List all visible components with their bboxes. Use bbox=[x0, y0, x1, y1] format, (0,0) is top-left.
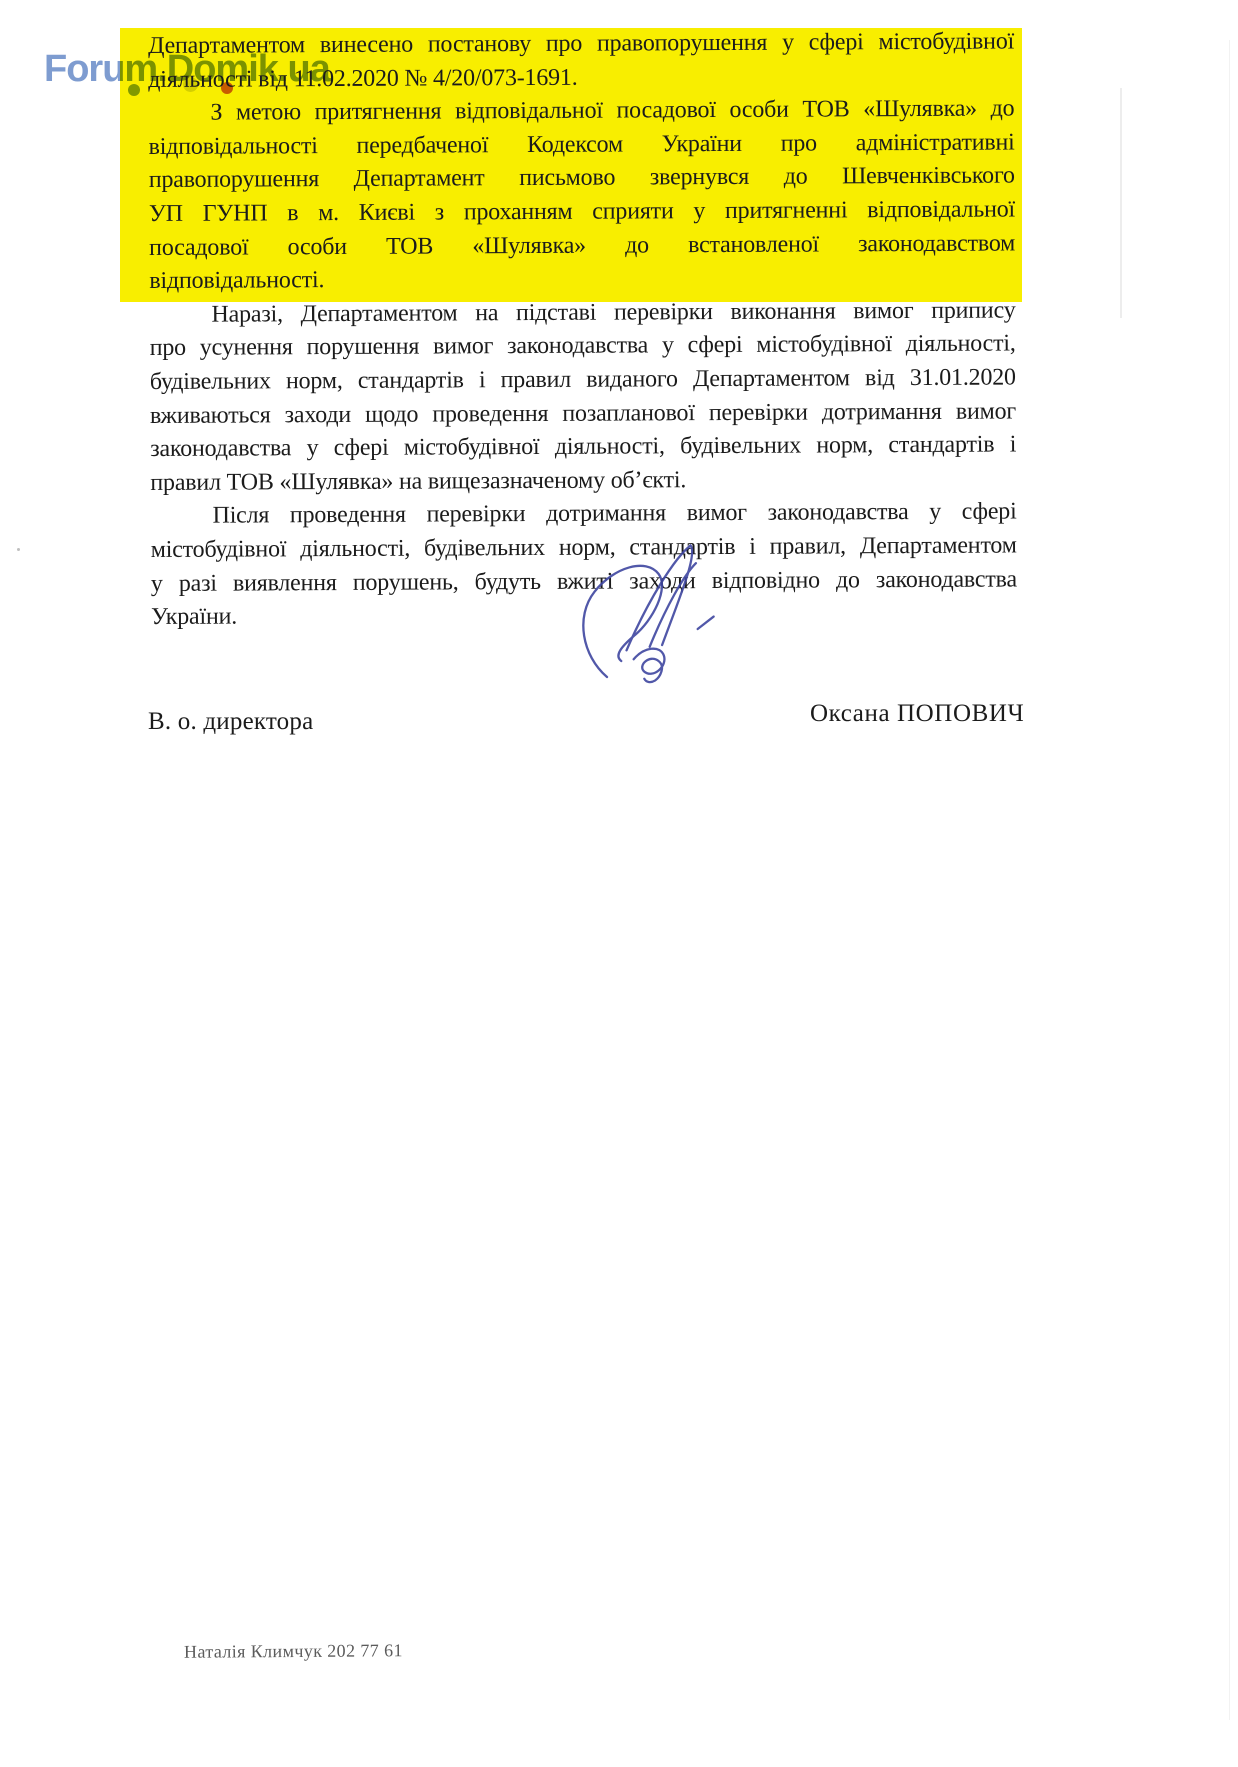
text-line: правил ТОВ «Шулявка» на вищезазначеному … bbox=[150, 462, 1016, 500]
paragraph-highlighted: Департаментом винесено постанову про пра… bbox=[148, 25, 1014, 97]
scan-page-edge bbox=[1229, 40, 1230, 1720]
footer-contact: Наталія Климчук 202 77 61 bbox=[184, 1640, 403, 1663]
signer-name: Оксана ПОПОВИЧ bbox=[810, 700, 1024, 728]
text-line: правопорушення Департамент письмово звер… bbox=[149, 160, 1015, 198]
text-line: Департаментом винесено постанову про пра… bbox=[148, 25, 1014, 63]
text-line: вживаються заходи щодо проведення позапл… bbox=[150, 395, 1016, 433]
scan-artifact-dot bbox=[17, 548, 20, 551]
paragraph-highlighted: З метою притягнення відповідальної посад… bbox=[148, 93, 1015, 299]
text-line: будівельних норм, стандартів і правил ви… bbox=[150, 361, 1016, 399]
text-line: діяльності від 11.02.2020 № 4/20/073-169… bbox=[148, 59, 1014, 97]
signature-ink bbox=[575, 538, 735, 688]
text-line: відповідальності. bbox=[149, 261, 1015, 299]
watermark-blue-dot bbox=[128, 84, 140, 96]
signer-position-label: В. о. директора bbox=[148, 708, 313, 736]
text-line: З метою притягнення відповідальної посад… bbox=[148, 93, 1014, 131]
text-line: про усунення порушення вимог законодавст… bbox=[150, 328, 1016, 366]
text-line: Після проведення перевірки дотримання ви… bbox=[150, 496, 1016, 534]
text-line: посадової особи ТОВ «Шулявка» до встанов… bbox=[149, 227, 1015, 265]
text-line: відповідальності передбаченої Кодексом У… bbox=[149, 126, 1015, 164]
paragraph: Наразі, Департаментом на підставі переві… bbox=[149, 294, 1016, 500]
scanned-letter-page: Forum.Domik.ua Департаментом винесено по… bbox=[0, 0, 1238, 1767]
text-line: законодавства у сфері містобудівної діял… bbox=[150, 429, 1016, 467]
text-line: Наразі, Департаментом на підставі переві… bbox=[149, 294, 1015, 332]
scan-artifact-line bbox=[1120, 88, 1122, 318]
text-line: УП ГУНП в м. Києві з проханням сприяти у… bbox=[149, 193, 1015, 231]
